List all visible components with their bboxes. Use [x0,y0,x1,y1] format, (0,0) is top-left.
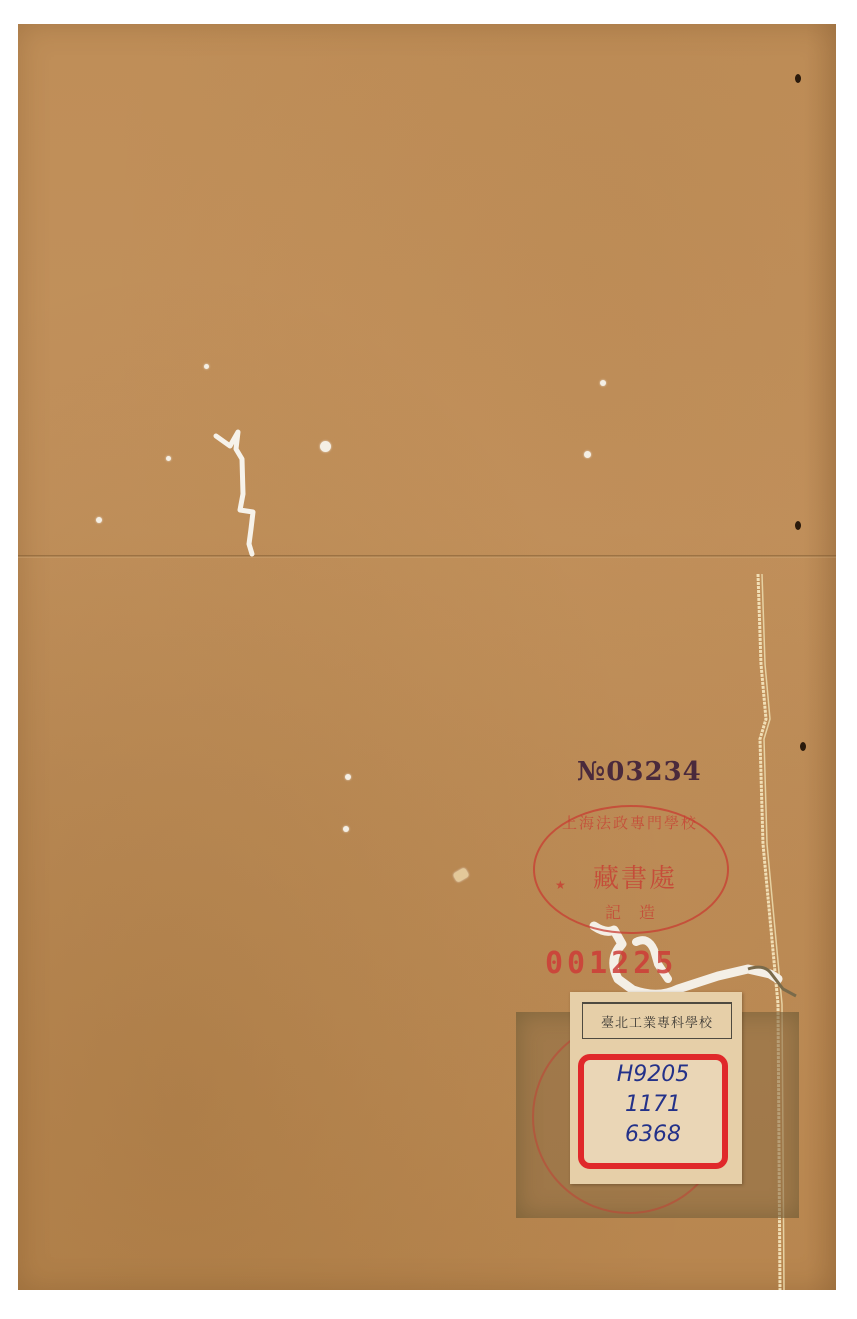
library-stamp-bottom-text: 記造 [605,900,673,923]
serial-number: №03234 [577,757,702,787]
paper-hole-icon [345,774,351,780]
paper-hole-icon [584,451,591,458]
accession-number: 001225 [545,946,677,981]
star-icon: ★ [555,878,566,892]
paper-hole-icon [96,517,102,523]
call-number-box: H9205 1171 6368 [578,1054,728,1169]
call-number-line: H9205 [584,1060,722,1090]
paper-hole-icon [166,456,171,461]
label-header: 臺北工業專科學校 [582,1002,732,1039]
paper-hole-icon [320,441,331,452]
paper-hole-icon [343,826,349,832]
paper-hole-icon [600,380,606,386]
paper-hole-icon [204,364,209,369]
call-number-label: 臺北工業專科學校 H9205 1171 6368 [570,992,742,1184]
call-number-line: 6368 [584,1120,722,1150]
library-stamp-outer-text: 上海法政專門學校 [550,812,710,852]
call-number-line: 1171 [584,1090,722,1120]
library-stamp-center-text: 藏書處 [575,858,695,895]
